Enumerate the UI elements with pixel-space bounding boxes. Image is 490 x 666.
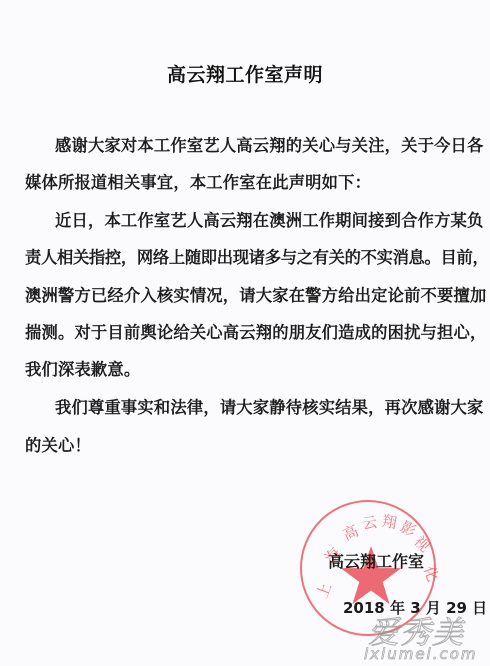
paragraph-line: 近日，本工作室艺人高云翔在澳洲工作期间接到合作方某负 bbox=[55, 207, 484, 231]
paragraph-line: 的关心！ bbox=[25, 432, 91, 456]
signature: 高云翔工作室 bbox=[328, 549, 424, 572]
document-title: 高云翔工作室声明 bbox=[0, 60, 490, 87]
seal-ring-char: 云 bbox=[361, 511, 379, 534]
paragraph-line: 媒体所报道相关事宜，本工作室在此声明如下： bbox=[25, 169, 371, 193]
paragraph-line: 责人相关指控，网络上随即出现诸多与之有关的不实消息。目前， bbox=[25, 244, 488, 268]
paragraph-line: 澳洲警方已经介入核实情况，请大家在警方给出定论前不要擅加 bbox=[25, 282, 486, 306]
paragraph-line: 揣测。对于目前舆论给关心高云翔的朋友们造成的困扰与担心， bbox=[25, 319, 486, 343]
statement-document: 高云翔工作室声明 感谢大家对本工作室艺人高云翔的关心与关注，关于今日各 媒体所报… bbox=[0, 0, 490, 666]
watermark-url: ixiumei.com bbox=[364, 645, 478, 663]
paragraph-line: 我们尊重事实和法律，请大家静待核实结果，再次感谢大家 bbox=[55, 394, 484, 418]
paragraph-line: 我们深表歉意。 bbox=[25, 356, 140, 380]
paragraph-line: 感谢大家对本工作室艺人高云翔的关心与关注，关于今日各 bbox=[55, 132, 484, 156]
